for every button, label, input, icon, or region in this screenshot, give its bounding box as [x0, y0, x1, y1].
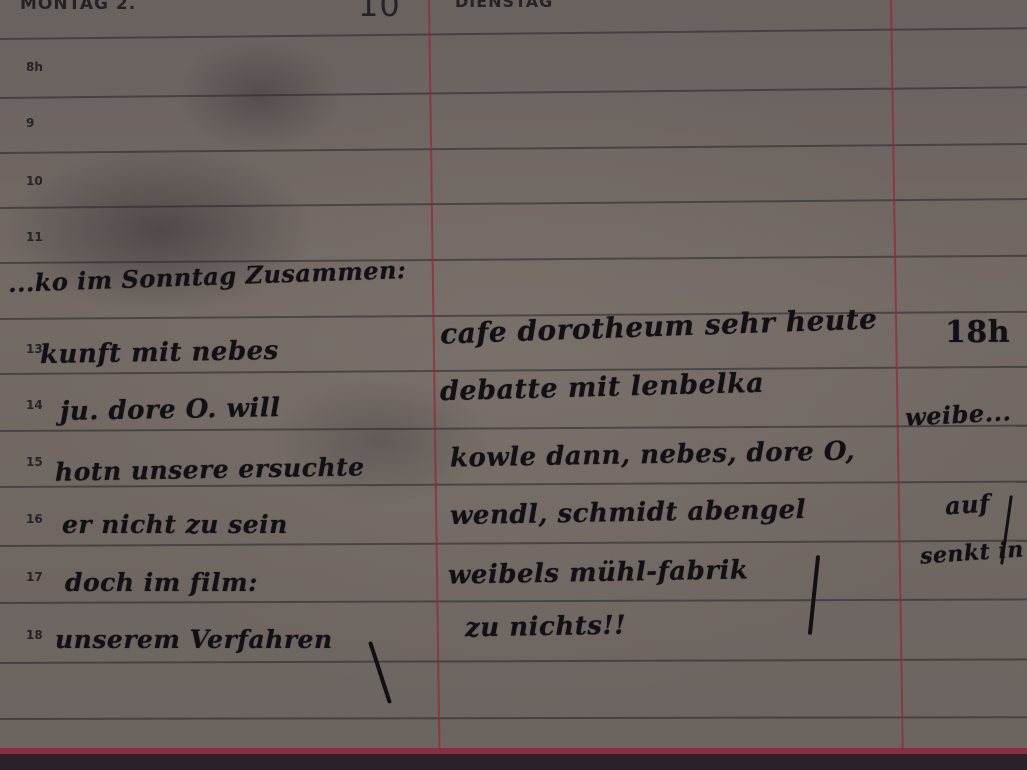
- ruled-line: [0, 425, 1027, 432]
- hour-label: 8h: [26, 60, 43, 74]
- day-label-right: DIENSTAG: [455, 0, 553, 11]
- hour-label: 15: [26, 455, 43, 469]
- handwriting-line: er nicht zu sein: [62, 510, 288, 539]
- ruled-line: [0, 598, 1027, 604]
- handwriting-line: weibe...: [904, 397, 1012, 432]
- ruled-line: [0, 198, 1027, 209]
- margin-line-left: [428, 0, 440, 750]
- handwriting-line: zu nichts!!: [465, 611, 627, 644]
- ink-stroke: [808, 555, 820, 635]
- page-shadow: [0, 754, 1027, 770]
- handwriting-line: cafe dorotheum sehr heute: [440, 302, 878, 350]
- day-label: MONTAG 2.: [20, 0, 136, 14]
- handwriting-line: 18h: [945, 315, 1010, 350]
- handwriting-line: hotn unsere ersuchte: [55, 452, 365, 486]
- ink-stroke: [368, 641, 392, 704]
- handwriting-line: doch im film:: [65, 568, 258, 597]
- day-number: 10: [358, 0, 401, 24]
- diary-page: MONTAG 2. 10 DIENSTAG 8h 9 10 11 13 14 1…: [0, 0, 1027, 770]
- ruled-line: [0, 143, 1027, 154]
- handwriting-line: wendl, schmidt abengel: [450, 495, 807, 531]
- ruled-line: [0, 86, 1027, 99]
- ruled-line: [0, 27, 1027, 40]
- hour-label: 9: [26, 116, 34, 130]
- hour-label: 16: [26, 512, 43, 526]
- hour-label: 17: [26, 570, 43, 584]
- ruled-line: [0, 540, 1027, 547]
- handwriting-line: ju. dore O. will: [60, 393, 281, 427]
- ruled-line: [0, 716, 1027, 720]
- hour-label: 10: [26, 174, 43, 188]
- hour-label: 18: [26, 628, 43, 642]
- handwriting-line: unserem Verfahren: [55, 625, 333, 654]
- ruled-line: [0, 255, 1027, 264]
- hour-label: 14: [26, 398, 43, 412]
- ruled-line: [0, 658, 1027, 664]
- handwriting-line: weibels mühl-fabrik: [448, 555, 749, 590]
- hour-label: 11: [26, 230, 43, 244]
- handwriting-line: kowle dann, nebes, dore O,: [450, 436, 856, 473]
- handwriting-line: debatte mit lenbelka: [440, 368, 765, 407]
- margin-line-right: [890, 0, 904, 750]
- handwriting-line: auf: [944, 488, 991, 520]
- handwriting-line: kunft mit nebes: [40, 336, 279, 370]
